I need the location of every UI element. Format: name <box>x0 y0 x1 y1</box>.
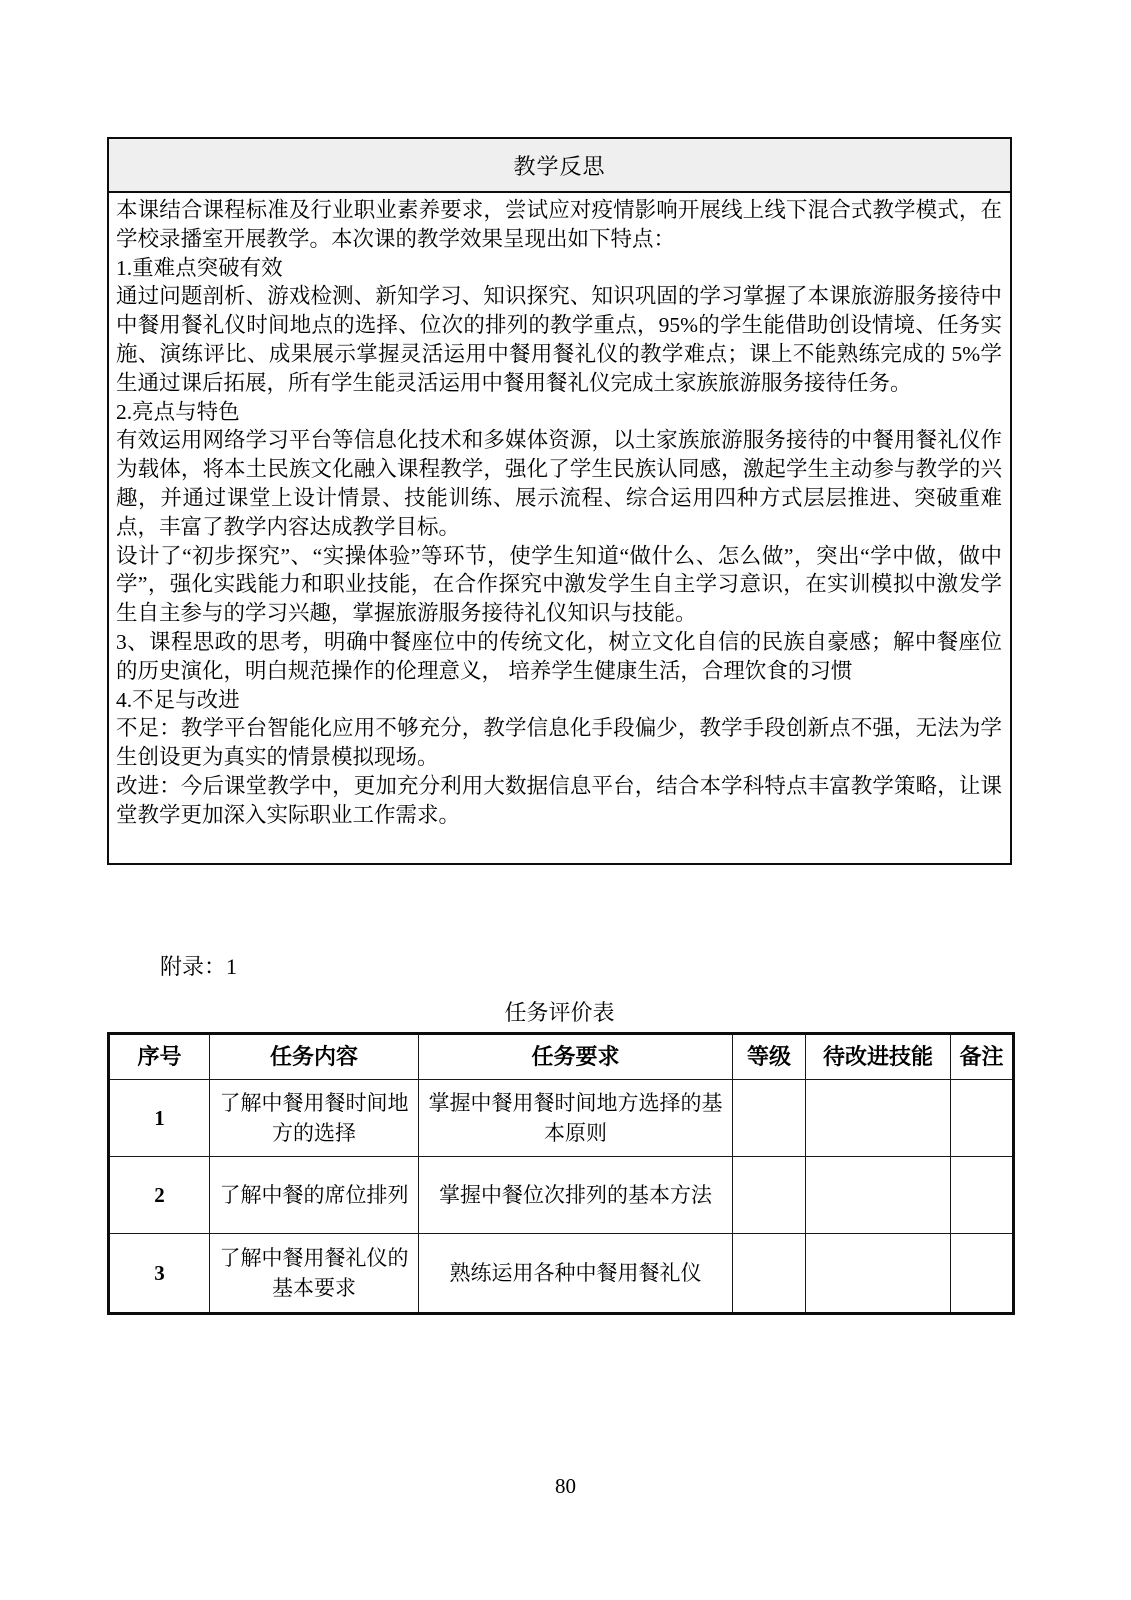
reflection-paragraph: 本课结合课程标准及行业职业素养要求，尝试应对疫情影响开展线上线下混合式教学模式，… <box>116 196 1002 254</box>
cell-task-requirement: 掌握中餐位次排列的基本方法 <box>419 1157 733 1234</box>
reflection-paragraph: 1.重难点突破有效 <box>116 254 1002 283</box>
cell-task-requirement: 熟练运用各种中餐用餐礼仪 <box>419 1234 733 1314</box>
cell-grade <box>733 1234 806 1314</box>
header-skills-to-improve: 待改进技能 <box>806 1034 951 1080</box>
cell-skills-to-improve <box>806 1080 951 1157</box>
reflection-paragraph: 通过问题剖析、游戏检测、新知学习、知识探究、知识巩固的学习掌握了本课旅游服务接待… <box>116 282 1002 397</box>
cell-remarks <box>951 1157 1014 1234</box>
header-remarks: 备注 <box>951 1034 1014 1080</box>
cell-task-content: 了解中餐用餐时间地方的选择 <box>210 1080 419 1157</box>
reflection-paragraph: 2.亮点与特色 <box>116 398 1002 427</box>
page-number: 80 <box>0 1474 1131 1499</box>
header-grade: 等级 <box>733 1034 806 1080</box>
reflection-paragraph: 改进：今后课堂教学中，更加充分利用大数据信息平台，结合本学科特点丰富教学策略，让… <box>116 772 1002 830</box>
appendix-label: 附录：1 <box>160 950 237 981</box>
cell-grade <box>733 1157 806 1234</box>
cell-skills-to-improve <box>806 1157 951 1234</box>
table-row: 3 了解中餐用餐礼仪的基本要求 熟练运用各种中餐用餐礼仪 <box>109 1234 1014 1314</box>
header-serial-number: 序号 <box>109 1034 210 1080</box>
table-header-row: 序号 任务内容 任务要求 等级 待改进技能 备注 <box>109 1034 1014 1080</box>
evaluation-table-title: 任务评价表 <box>107 996 1012 1027</box>
evaluation-table: 序号 任务内容 任务要求 等级 待改进技能 备注 1 了解中餐用餐时间地方的选择… <box>107 1032 1015 1315</box>
reflection-body: 本课结合课程标准及行业职业素养要求，尝试应对疫情影响开展线上线下混合式教学模式，… <box>109 193 1010 830</box>
reflection-paragraph: 有效运用网络学习平台等信息化技术和多媒体资源，以土家族旅游服务接待的中餐用餐礼仪… <box>116 426 1002 541</box>
header-task-content: 任务内容 <box>210 1034 419 1080</box>
reflection-paragraph: 设计了“初步探究”、“实操体验”等环节，使学生知道“做什么、怎么做”，突出“学中… <box>116 542 1002 628</box>
cell-serial-number: 1 <box>109 1080 210 1157</box>
cell-task-requirement: 掌握中餐用餐时间地方选择的基本原则 <box>419 1080 733 1157</box>
reflection-box: 教学反思 本课结合课程标准及行业职业素养要求，尝试应对疫情影响开展线上线下混合式… <box>107 137 1012 865</box>
reflection-header: 教学反思 <box>109 139 1010 193</box>
cell-task-content: 了解中餐用餐礼仪的基本要求 <box>210 1234 419 1314</box>
reflection-paragraph: 不足：教学平台智能化应用不够充分，教学信息化手段偏少，教学手段创新点不强，无法为… <box>116 714 1002 772</box>
cell-serial-number: 2 <box>109 1157 210 1234</box>
cell-remarks <box>951 1080 1014 1157</box>
reflection-paragraph: 4.不足与改进 <box>116 686 1002 715</box>
reflection-paragraph: 3、课程思政的思考，明确中餐座位中的传统文化，树立文化自信的民族自豪感；解中餐座… <box>116 628 1002 686</box>
cell-serial-number: 3 <box>109 1234 210 1314</box>
cell-remarks <box>951 1234 1014 1314</box>
reflection-title: 教学反思 <box>513 150 605 181</box>
cell-task-content: 了解中餐的席位排列 <box>210 1157 419 1234</box>
header-task-requirement: 任务要求 <box>419 1034 733 1080</box>
cell-grade <box>733 1080 806 1157</box>
cell-skills-to-improve <box>806 1234 951 1314</box>
table-row: 1 了解中餐用餐时间地方的选择 掌握中餐用餐时间地方选择的基本原则 <box>109 1080 1014 1157</box>
table-row: 2 了解中餐的席位排列 掌握中餐位次排列的基本方法 <box>109 1157 1014 1234</box>
